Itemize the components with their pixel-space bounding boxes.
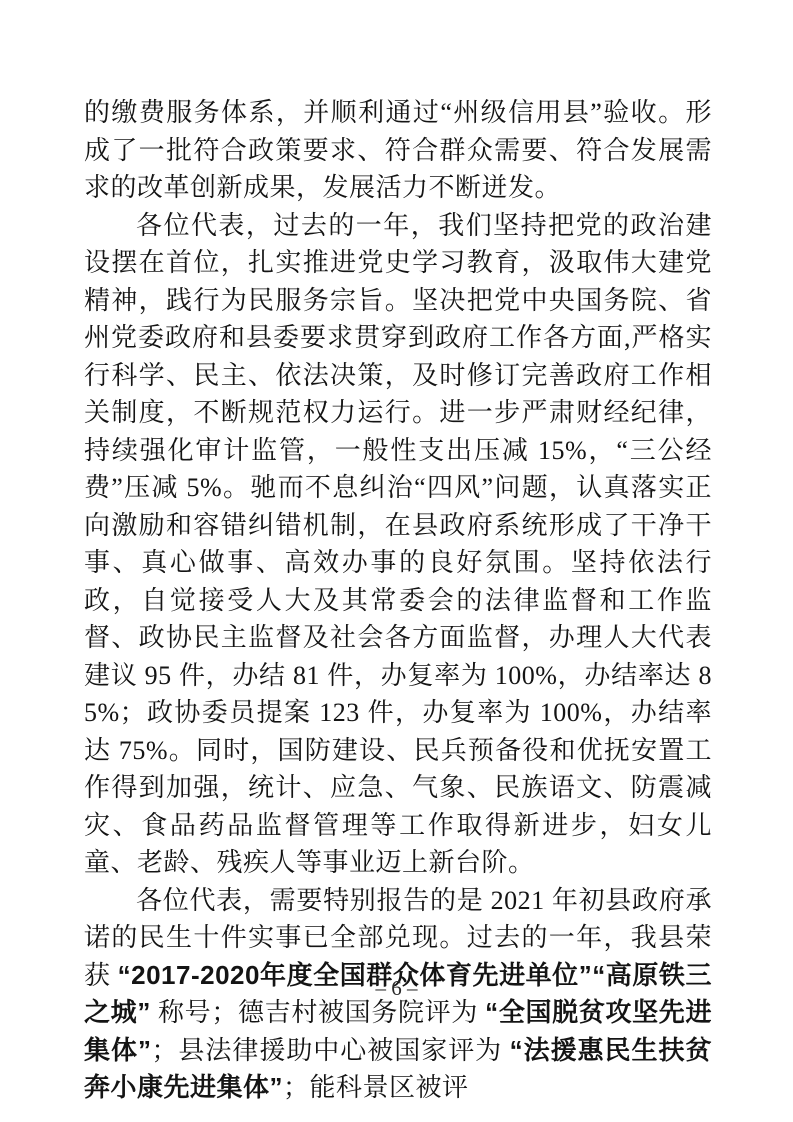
paragraph-2: 各位代表，过去的一年，我们坚持把党的政治建设摆在首位，扎实推进党史学习教育，汲取… — [84, 207, 712, 882]
document-page: 的缴费服务体系，并顺利通过“州级信用县”验收。形成了一批符合政策要求、符合群众需… — [0, 0, 793, 1122]
body-text: ；县法律援助中心被国家评为 — [151, 1036, 509, 1065]
page-number: – 6 – — [0, 976, 793, 1001]
body-text: 的缴费服务体系，并顺利通过“州级信用县”验收。形成了一批符合政策要求、符合群众需… — [84, 98, 712, 202]
report-body: 的缴费服务体系，并顺利通过“州级信用县”验收。形成了一批符合政策要求、符合群众需… — [84, 94, 712, 1107]
paragraph-1: 的缴费服务体系，并顺利通过“州级信用县”验收。形成了一批符合政策要求、符合群众需… — [84, 94, 712, 207]
body-text: 各位代表，过去的一年，我们坚持把党的政治建设摆在首位，扎实推进党史学习教育，汲取… — [84, 211, 712, 878]
body-text: 称号；德吉村被国务院评为 — [151, 998, 485, 1027]
body-text: ；能科景区被评 — [283, 1073, 469, 1102]
